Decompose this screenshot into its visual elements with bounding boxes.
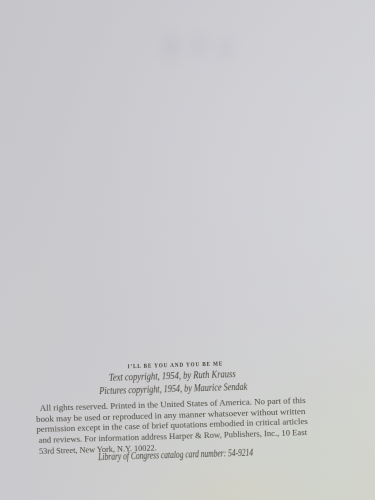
text-copyright-line: Text copyright, 1954, by Ruth Krauss xyxy=(109,369,236,384)
half-title-line: I’LL BE YOU AND YOU BE ME xyxy=(127,360,223,370)
copyright-text-block: I’LL BE YOU AND YOU BE ME Text copyright… xyxy=(34,356,309,472)
pictures-copyright-line: Pictures copyright, 1954, by Maurice Sen… xyxy=(99,382,247,397)
page-bleed-through xyxy=(138,24,248,70)
book-copyright-page-photo: I’LL BE YOU AND YOU BE ME Text copyright… xyxy=(0,0,375,500)
